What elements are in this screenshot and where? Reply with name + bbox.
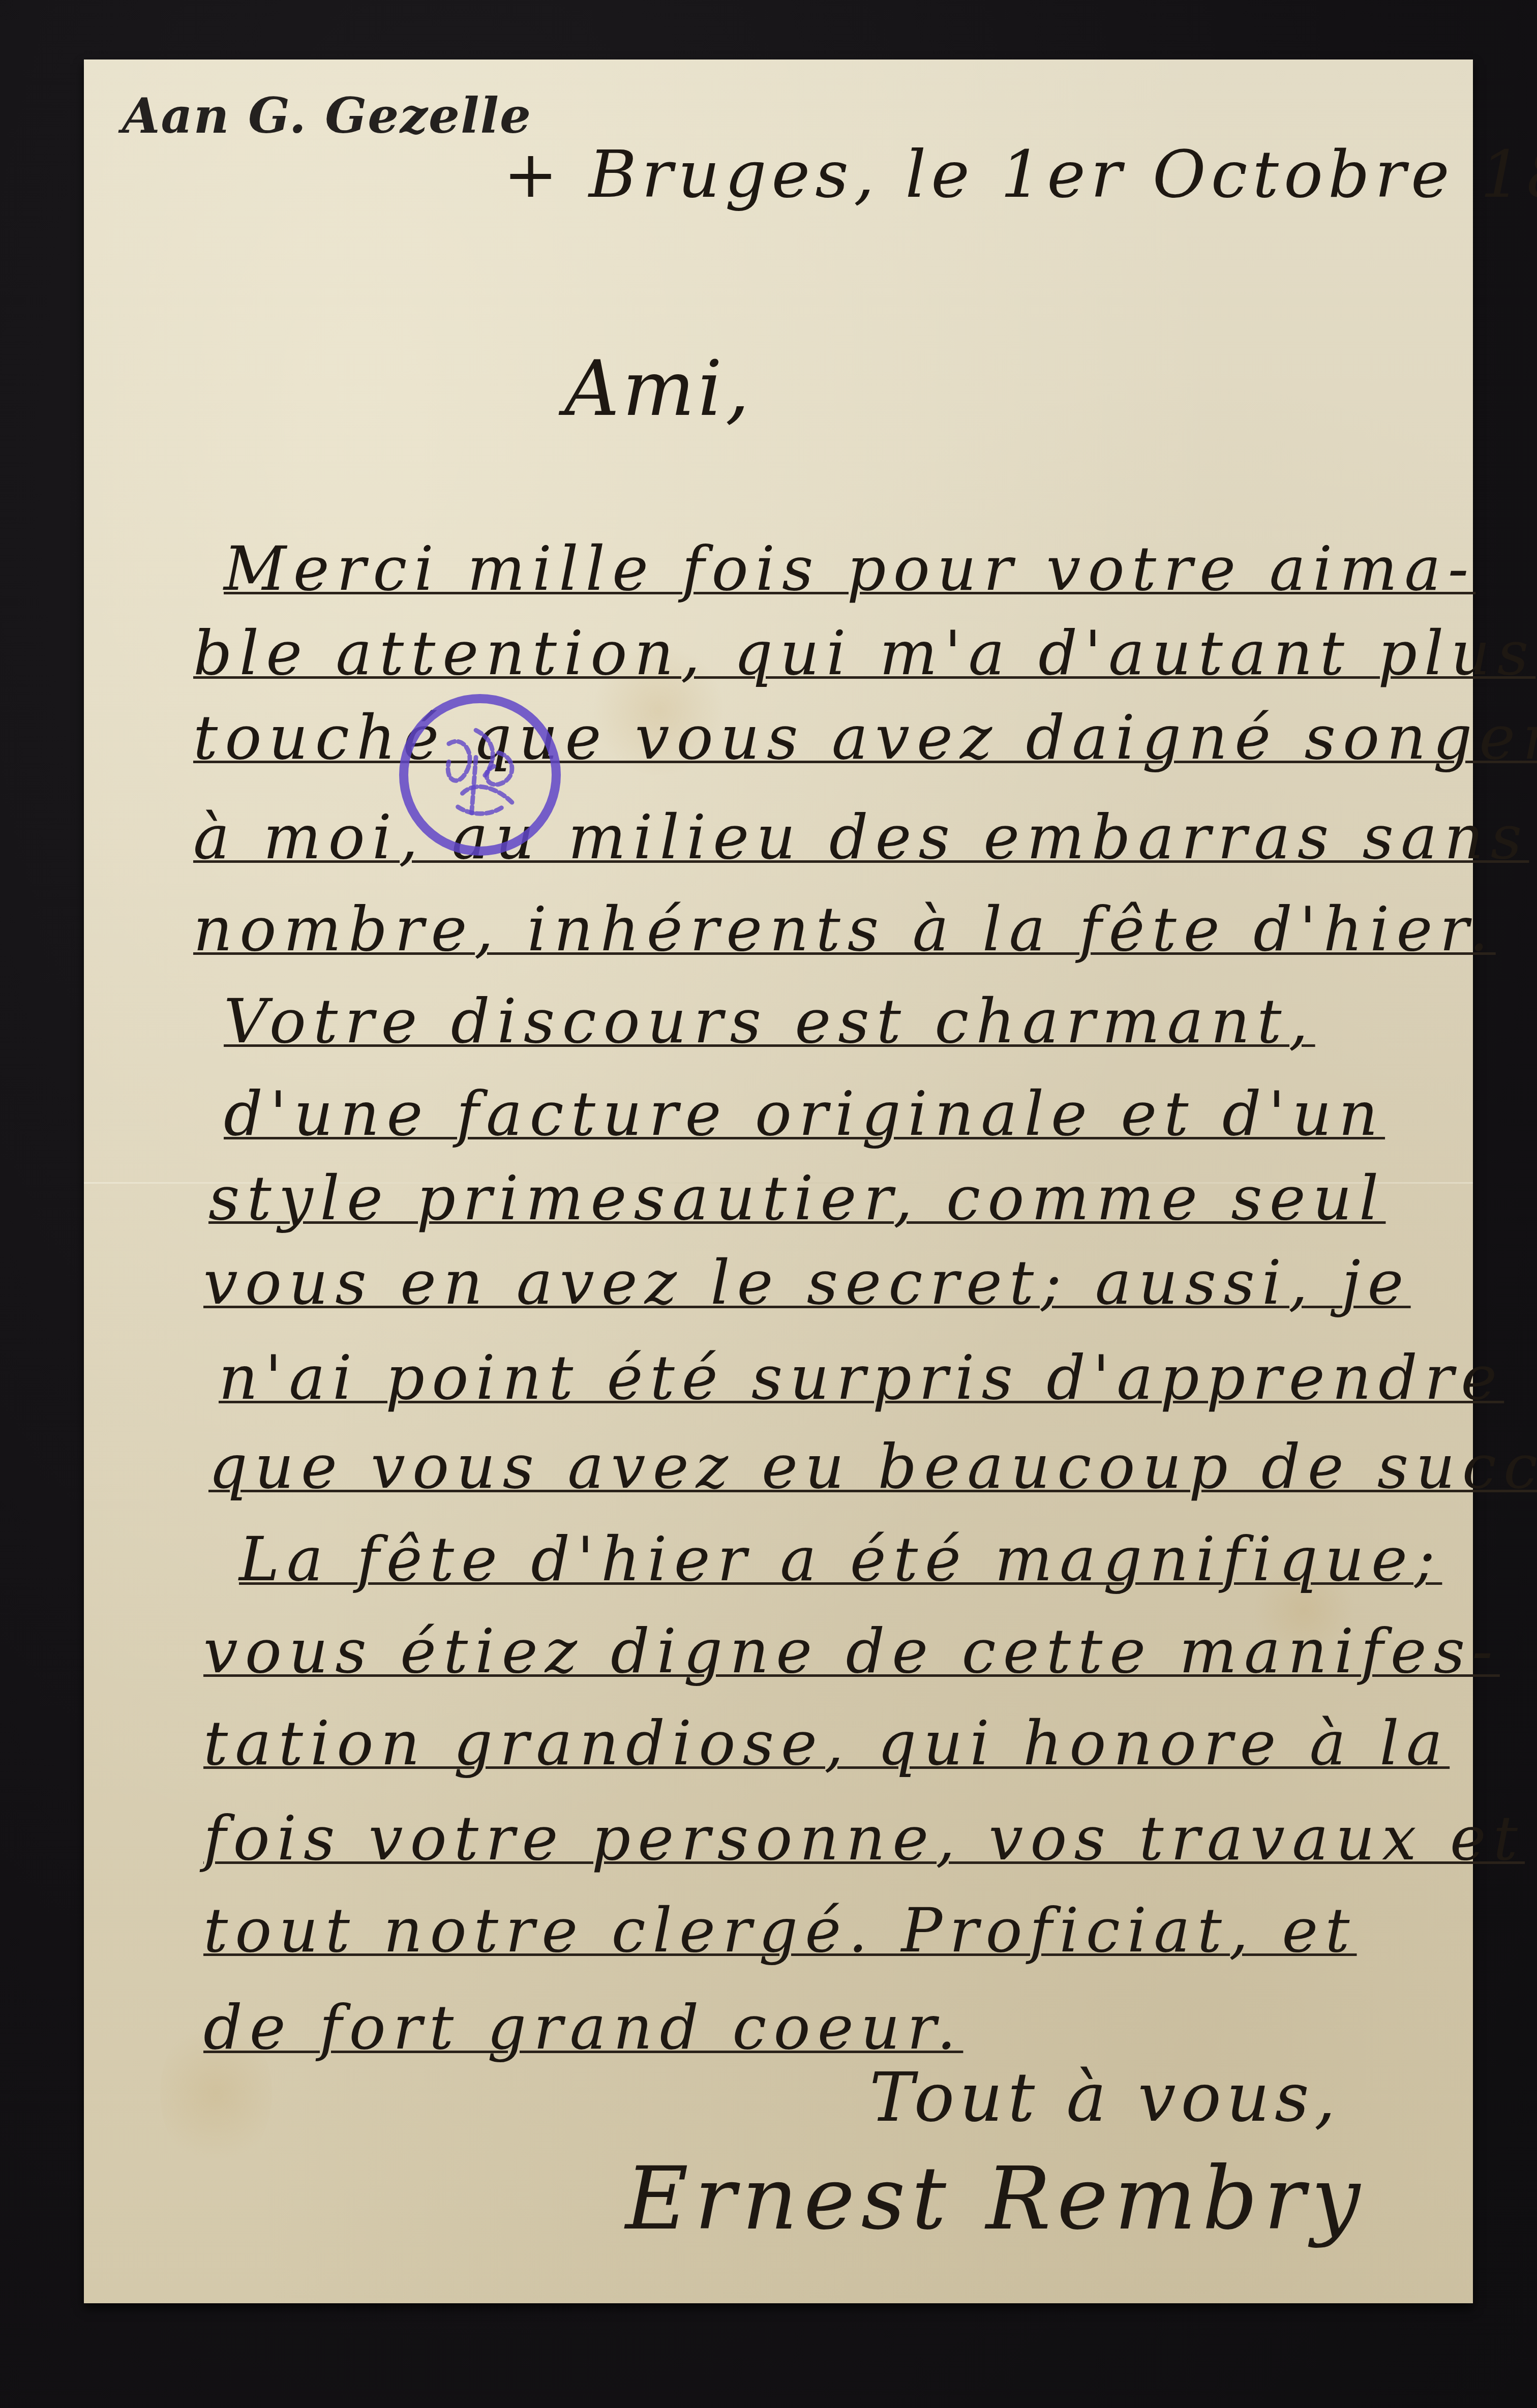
body-line: d'une facture originale et d'un: [224, 1084, 1385, 1145]
recipient-note: Aan G. Gezelle: [122, 92, 532, 140]
signature: Ernest Rembry: [625, 2156, 1366, 2242]
body-line: à moi, au milieu des embarras sans: [193, 807, 1529, 868]
body-line: que vous avez eu beaucoup de succès.: [208, 1437, 1537, 1498]
body-line: nombre, inhérents à la fête d'hier.: [193, 899, 1496, 960]
body-line: Merci mille fois pour votre aima-: [224, 539, 1475, 600]
body-line: style primesautier, comme seul: [208, 1168, 1385, 1229]
date-line: + Bruges, le 1er Octobre 1886.: [503, 142, 1537, 207]
circular-monogram-stamp-icon: [399, 694, 561, 856]
body-line: fois votre personne, vos travaux et: [203, 1809, 1525, 1870]
body-line: de fort grand coeur.: [203, 1998, 963, 2059]
body-line: tout notre clergé. Proficiat, et: [203, 1901, 1357, 1962]
body-line: touché que vous avez daigné songer: [193, 708, 1537, 769]
body-line: vous en avez le secret; aussi, je: [203, 1253, 1411, 1314]
salutation: Ami,: [564, 351, 752, 427]
body-line: vous étiez digne de cette manifes-: [203, 1621, 1500, 1682]
closing: Tout à vous,: [869, 2064, 1341, 2131]
body-line: Votre discours est charmant,: [224, 991, 1315, 1052]
body-line: tation grandiose, qui honore à la: [203, 1713, 1450, 1774]
body-line: ble attention, qui m'a d'autant plus: [193, 623, 1535, 684]
body-line: n'ai point été surpris d'apprendre: [219, 1348, 1504, 1409]
body-line: La fête d'hier a été magnifique;: [239, 1529, 1442, 1590]
stamp-monogram-icon: [408, 703, 552, 847]
